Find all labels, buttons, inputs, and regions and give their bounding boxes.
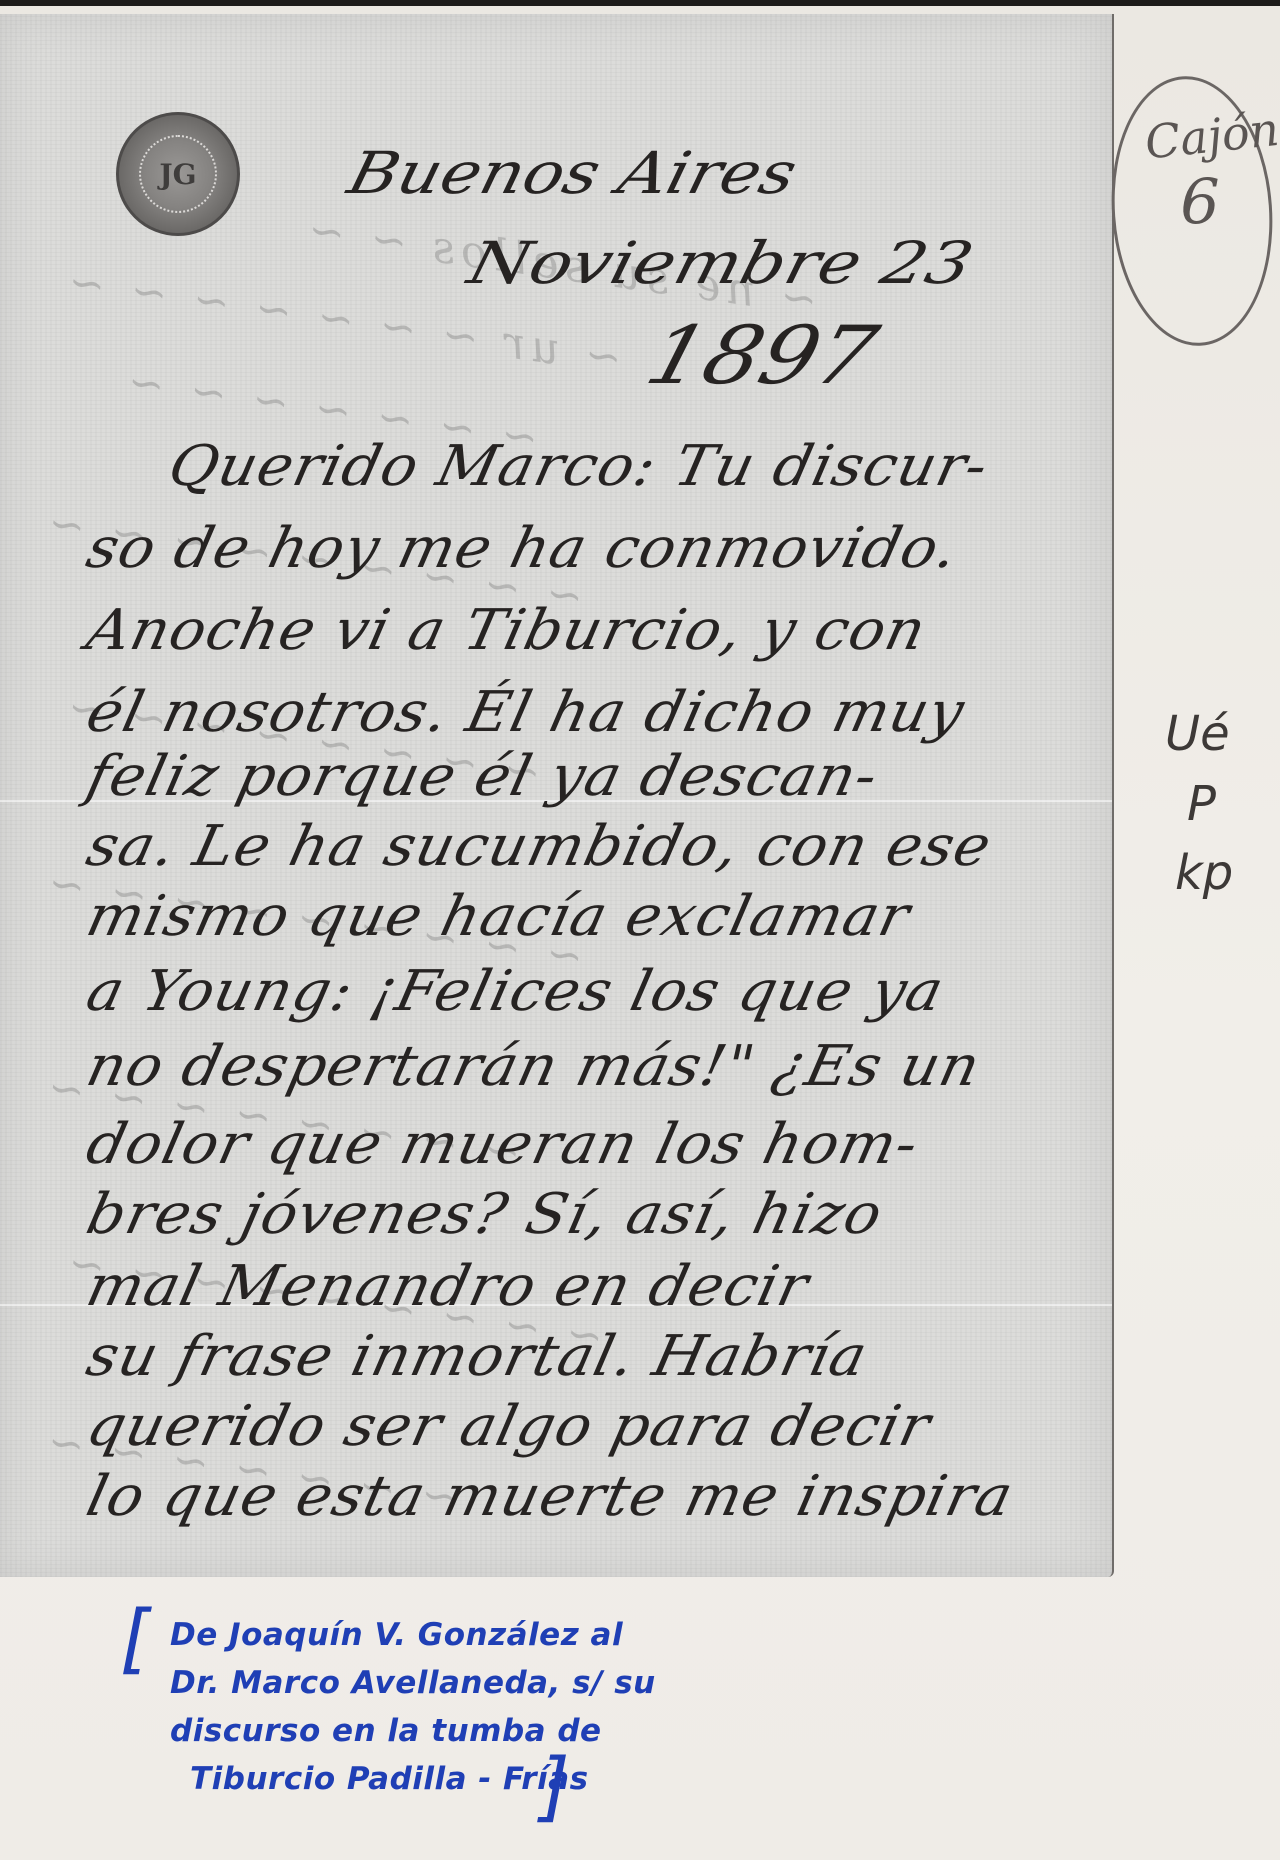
close-bracket: ] — [540, 1741, 570, 1830]
letter-line: mismo que hacía exclamar — [81, 884, 916, 949]
letter-line: mal Menandro en decir — [81, 1254, 815, 1319]
letter-line: feliz porque él ya descan- — [81, 744, 884, 809]
letter-line: dolor que mueran los hom- — [81, 1112, 925, 1177]
letter-line: sa. Le ha sucumbido, con ese — [81, 814, 998, 879]
margin-note-line: P — [1165, 770, 1265, 840]
archive-note-line: De Joaquín V. González al — [170, 1617, 623, 1653]
letter-place: Buenos Aires — [342, 139, 804, 207]
seal-monogram: JG — [139, 135, 217, 213]
letter-line: Querido Marco: Tu discur- — [163, 434, 995, 499]
archive-note-line: Dr. Marco Avellaneda, s/ su — [170, 1665, 656, 1701]
letter-line: a Young: ¡Felices los que ya — [81, 959, 950, 1024]
letter-line: él nosotros. Él ha dicho muy — [81, 680, 971, 745]
margin-note-line: Ué — [1165, 700, 1265, 770]
letter-line: bres jóvenes? Sí, así, hizo — [81, 1182, 889, 1247]
box-number: 6 — [1145, 165, 1255, 239]
open-bracket: [ — [120, 1593, 150, 1682]
letter-line: querido ser algo para decir — [81, 1394, 937, 1459]
pencil-margin-note: Ué P kp — [1165, 700, 1265, 909]
letter-year: 1897 — [637, 309, 888, 402]
letter-date: Noviembre 23 — [462, 229, 980, 297]
archive-note-line: discurso en la tumba de — [170, 1713, 602, 1749]
letter-line: no despertarán más!" ¿Es un — [81, 1034, 987, 1099]
letter-line: su frase inmortal. Habría — [81, 1324, 874, 1389]
archive-note-line: Tiburcio Padilla - Frías — [190, 1761, 589, 1797]
letter-line: lo que esta muerte me inspira — [81, 1464, 1020, 1529]
letter-photocopy: ~ ne su sellos ~ ~ ~ ur ~ ~ ~ ~ ~ ~ ~ ~ … — [0, 14, 1114, 1577]
letter-line: so de hoy me ha conmovido. — [81, 516, 964, 581]
box-word: Cajón — [1142, 104, 1257, 170]
letter-line: Anoche vi a Tiburcio, y con — [81, 598, 933, 663]
embossed-seal-icon: JG — [116, 112, 240, 236]
box-number-label: Cajón 6 — [1145, 110, 1255, 240]
margin-note-line: kp — [1165, 839, 1265, 909]
